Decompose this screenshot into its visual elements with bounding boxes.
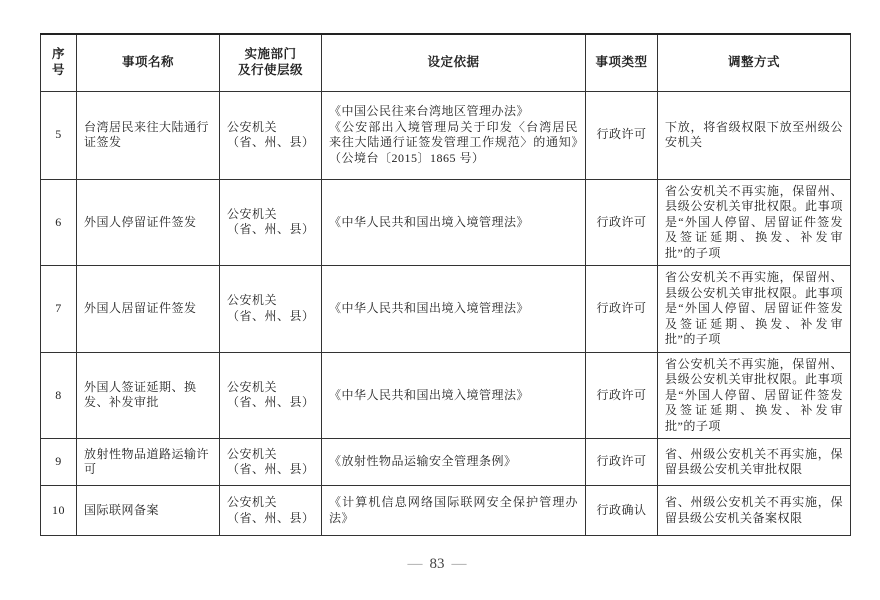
cell-no: 10 [41, 486, 77, 536]
col-header-type: 事项类型 [586, 34, 658, 91]
cell-department: 公安机关（省、州、县） [220, 439, 322, 486]
cell-adjustment: 下放，将省级权限下放至州级公安机关 [658, 91, 851, 179]
cell-no: 9 [41, 439, 77, 486]
table-header-row: 序 号 事项名称 实施部门 及行使层级 设定依据 事项类型 调整方式 [41, 34, 851, 91]
table-row: 6 外国人停留证件签发 公安机关（省、州、县） 《中华人民共和国出境入境管理法》… [41, 179, 851, 266]
cell-item-name: 外国人签证延期、换发、补发审批 [77, 352, 220, 439]
cell-basis: 《放射性物品运输安全管理条例》 [322, 439, 586, 486]
cell-type: 行政许可 [586, 439, 658, 486]
cell-no: 7 [41, 266, 77, 353]
cell-adjustment: 省公安机关不再实施，保留州、县级公安机关审批权限。此事项是“外国人停留、居留证件… [658, 179, 851, 266]
cell-basis: 《中国公民往来台湾地区管理办法》 《公安部出入境管理局关于印发〈台湾居民来往大陆… [322, 91, 586, 179]
cell-department: 公安机关（省、州、县） [220, 179, 322, 266]
cell-no: 5 [41, 91, 77, 179]
cell-basis: 《中华人民共和国出境入境管理法》 [322, 352, 586, 439]
page-number-value: 83 [430, 556, 445, 572]
cell-department: 公安机关（省、州、县） [220, 266, 322, 353]
cell-basis: 《中华人民共和国出境入境管理法》 [322, 266, 586, 353]
cell-type: 行政许可 [586, 91, 658, 179]
cell-type: 行政许可 [586, 266, 658, 353]
cell-item-name: 外国人居留证件签发 [77, 266, 220, 353]
col-header-no: 序 号 [41, 34, 77, 91]
cell-adjustment: 省、州级公安机关不再实施，保留县级公安机关审批权限 [658, 439, 851, 486]
items-table: 序 号 事项名称 实施部门 及行使层级 设定依据 事项类型 调整方式 5 台湾居… [40, 33, 851, 536]
cell-type: 行政许可 [586, 179, 658, 266]
cell-item-name: 放射性物品道路运输许可 [77, 439, 220, 486]
cell-type: 行政确认 [586, 486, 658, 536]
cell-type: 行政许可 [586, 352, 658, 439]
cell-department: 公安机关（省、州、县） [220, 352, 322, 439]
table-row: 5 台湾居民来往大陆通行证签发 公安机关（省、州、县） 《中国公民往来台湾地区管… [41, 91, 851, 179]
document-page: 序 号 事项名称 实施部门 及行使层级 设定依据 事项类型 调整方式 5 台湾居… [0, 0, 880, 600]
cell-department: 公安机关（省、州、县） [220, 91, 322, 179]
col-header-item-name: 事项名称 [77, 34, 220, 91]
table-row: 8 外国人签证延期、换发、补发审批 公安机关（省、州、县） 《中华人民共和国出境… [41, 352, 851, 439]
col-header-basis: 设定依据 [322, 34, 586, 91]
table-row: 10 国际联网备案 公安机关（省、州、县） 《计算机信息网络国际联网安全保护管理… [41, 486, 851, 536]
page-number-dash-left: — [401, 556, 430, 572]
cell-adjustment: 省、州级公安机关不再实施，保留县级公安机关备案权限 [658, 486, 851, 536]
cell-no: 6 [41, 179, 77, 266]
table-row: 9 放射性物品道路运输许可 公安机关（省、州、县） 《放射性物品运输安全管理条例… [41, 439, 851, 486]
page-number: —83— [0, 556, 874, 573]
cell-no: 8 [41, 352, 77, 439]
cell-department: 公安机关（省、州、县） [220, 486, 322, 536]
table-row: 7 外国人居留证件签发 公安机关（省、州、县） 《中华人民共和国出境入境管理法》… [41, 266, 851, 353]
cell-adjustment: 省公安机关不再实施，保留州、县级公安机关审批权限。此事项是“外国人停留、居留证件… [658, 266, 851, 353]
cell-adjustment: 省公安机关不再实施，保留州、县级公安机关审批权限。此事项是“外国人停留、居留证件… [658, 352, 851, 439]
cell-item-name: 国际联网备案 [77, 486, 220, 536]
cell-basis: 《中华人民共和国出境入境管理法》 [322, 179, 586, 266]
col-header-adjustment: 调整方式 [658, 34, 851, 91]
cell-basis: 《计算机信息网络国际联网安全保护管理办法》 [322, 486, 586, 536]
page-number-dash-right: — [445, 556, 474, 572]
cell-item-name: 外国人停留证件签发 [77, 179, 220, 266]
cell-item-name: 台湾居民来往大陆通行证签发 [77, 91, 220, 179]
col-header-department: 实施部门 及行使层级 [220, 34, 322, 91]
